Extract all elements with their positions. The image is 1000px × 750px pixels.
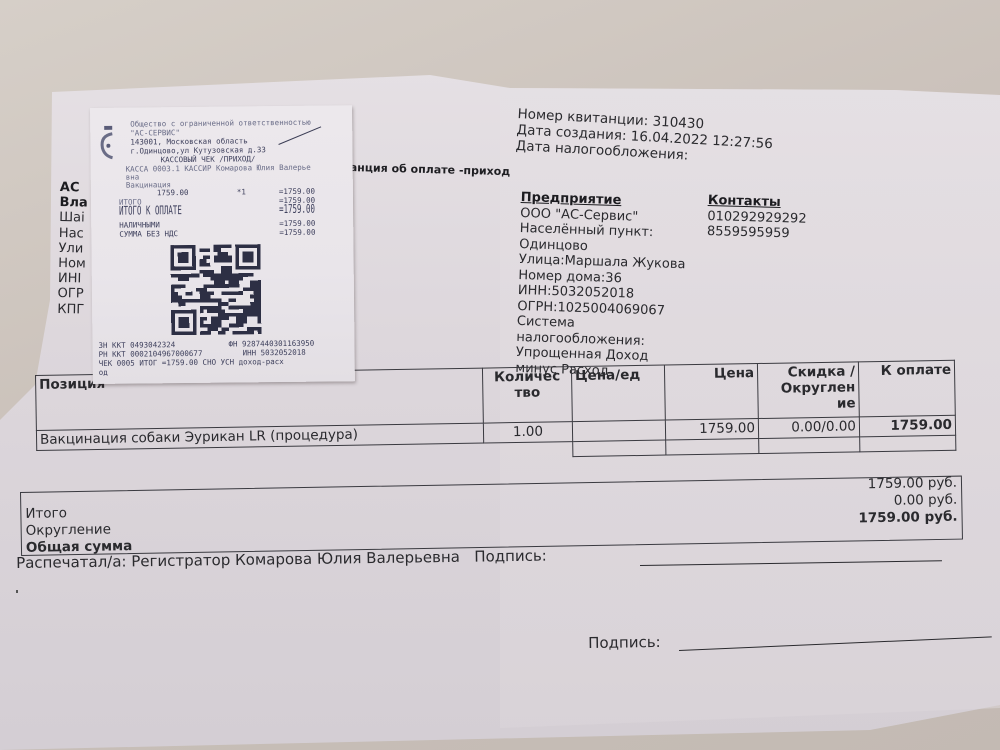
- header-unit-price: Цена/ед: [571, 365, 665, 422]
- rounding-label: Округление: [26, 521, 112, 538]
- header-price: Цена: [664, 364, 758, 421]
- subtotal-label: Итого: [25, 505, 67, 522]
- empty-cell: [666, 439, 759, 456]
- label-fragment: Ули: [58, 241, 87, 257]
- cell-unit-price: [572, 420, 665, 442]
- empty-cell: [759, 437, 860, 454]
- cell-price: 1759.00: [665, 419, 758, 441]
- receipt-to-pay-label: ИТОГО К ОПЛАТЕ: [119, 206, 182, 216]
- receipt-check-line: ЧЕК 0005 ИТОГ =1759.00 СНО УСН доход-рас…: [99, 357, 284, 368]
- empty-cell: [860, 435, 956, 452]
- header-discount: Скидка / Округлен ие: [757, 362, 859, 419]
- receipt-cash-value: =1759.00: [279, 219, 315, 228]
- photo-scene: АС Вла Шаі Нас Ули Ном ИНІ ОГР КПГ анция…: [0, 0, 1000, 750]
- label-fragment: Ном: [58, 256, 87, 272]
- cell-discount: 0.00/0.00: [758, 417, 859, 439]
- header-quantity: Количес тво: [482, 367, 572, 423]
- signature-label: Подпись:: [474, 547, 547, 566]
- receipt-no-vat-label: СУММА БЕЗ НДС: [119, 229, 178, 239]
- receipt-item-qty: *1: [237, 187, 246, 196]
- stray-dot: [16, 590, 18, 593]
- label-fragment: Вла: [59, 195, 88, 211]
- label-fragment: ОГР: [57, 286, 86, 302]
- cell-to-pay: 1759.00: [859, 415, 955, 437]
- receipt-check-line-cont: од: [99, 368, 108, 377]
- rounding-value: 0.00 руб.: [894, 492, 958, 509]
- label-fragment: АС: [60, 180, 89, 196]
- hidden-owner-labels: АС Вла Шаі Нас Ули Ном ИНІ ОГР КПГ: [57, 180, 88, 317]
- signature2-label: Подпись:: [588, 633, 661, 652]
- receipt-item-price: 1759.00: [157, 188, 189, 197]
- pen-mark: [278, 126, 321, 145]
- receipt-item-sum: =1759.00: [279, 187, 315, 196]
- label-fragment: ИНІ: [58, 271, 87, 287]
- company-logo-icon: [98, 126, 114, 164]
- label-fragment: Шаі: [59, 210, 88, 226]
- subtotal-value: 1759.00 руб.: [868, 475, 958, 493]
- receipt-inn: ИНН 5032052018: [243, 348, 306, 358]
- receipt-org-line1: Общество с ограниченной ответственностью: [130, 118, 311, 129]
- receipt-cash-label: НАЛИЧНЫМИ: [119, 220, 160, 229]
- contact-phone: 8559595959: [707, 224, 807, 242]
- empty-cell: [484, 442, 573, 458]
- label-fragment: Нас: [59, 226, 88, 242]
- empty-cell: [573, 440, 666, 457]
- enterprise-block: Предприятие ООО "АС-Сервис" Населённый п…: [515, 190, 687, 381]
- cell-quantity: 1.00: [483, 422, 572, 443]
- fiscal-cash-receipt: Общество с ограниченной ответственностью…: [90, 105, 355, 384]
- receipt-no-vat-value: =1759.00: [279, 228, 315, 237]
- receipt-cashier: КАССА 0003.1 КАССИР Комарова Юлия Валерь…: [126, 163, 311, 174]
- qr-code-icon: [167, 244, 264, 335]
- receipt-to-pay-value: =1759.00: [279, 205, 315, 214]
- label-fragment: КПГ: [57, 302, 86, 318]
- header-to-pay: К оплате: [858, 360, 955, 417]
- contacts-block: Контакты 010292929292 8559595959: [707, 193, 808, 242]
- grand-total-value: 1759.00 руб.: [858, 509, 957, 527]
